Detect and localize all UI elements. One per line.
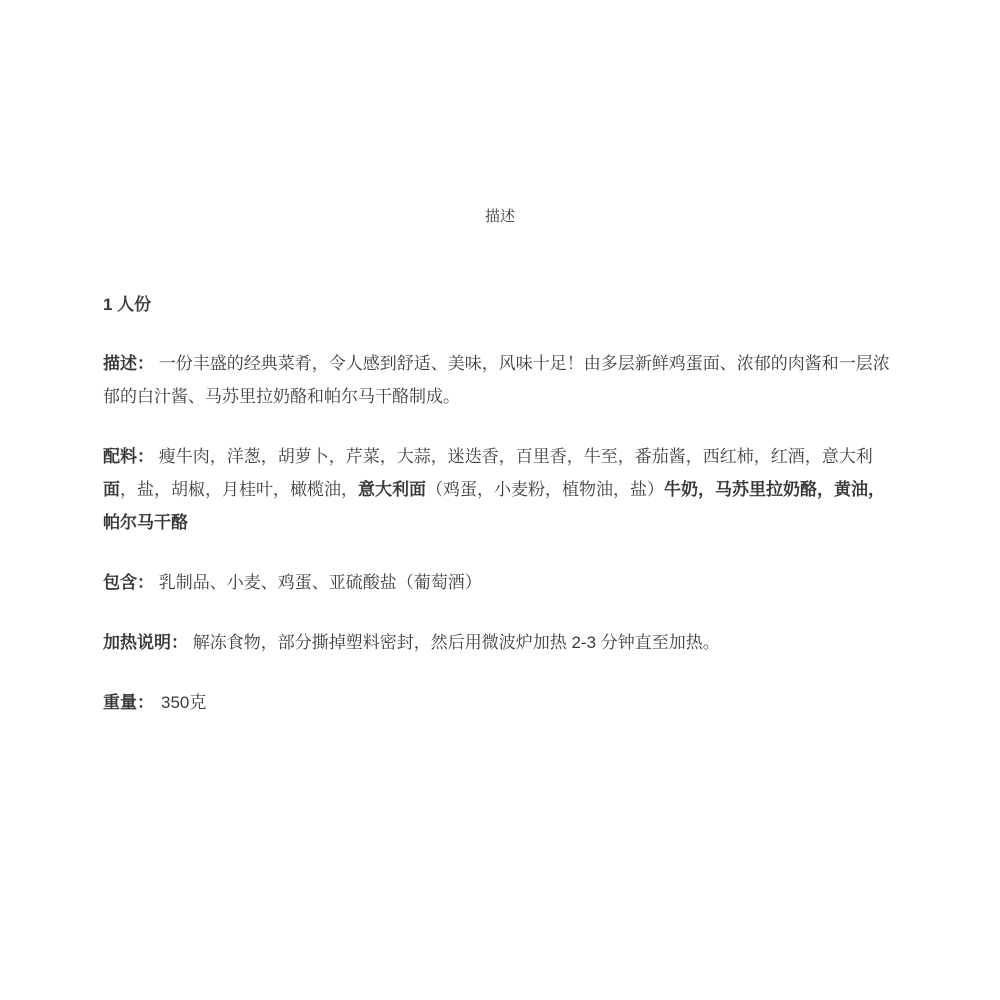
ingredients-text-part3: ，盐，胡椒，月桂叶，橄榄油， [120,480,358,499]
weight-label: 重量： [103,693,154,712]
contains-paragraph: 包含： 乳制品、小麦、鸡蛋、亚硫酸盐（葡萄酒） [103,566,900,599]
description-label: 描述： [103,354,154,373]
product-description-page: 描述 1 人份 描述： 一份丰盛的经典菜肴，令人感到舒适、美味，风味十足！由多层… [100,0,900,719]
description-text: 一份丰盛的经典菜肴，令人感到舒适、美味，风味十足！由多层新鲜鸡蛋面、浓郁的肉酱和… [103,354,890,406]
description-content: 1 人份 描述： 一份丰盛的经典菜肴，令人感到舒适、美味，风味十足！由多层新鲜鸡… [100,288,900,719]
description-paragraph: 描述： 一份丰盛的经典菜肴，令人感到舒适、美味，风味十足！由多层新鲜鸡蛋面、浓郁… [103,347,900,413]
weight-paragraph: 重量：350克 [103,686,900,719]
ingredients-paragraph: 配料： 瘦牛肉，洋葱，胡萝卜，芹菜，大蒜，迷迭香，百里香，牛至，番茄酱，西红柿，… [103,440,900,539]
heating-instructions-paragraph: 加热说明： 解冻食物，部分撕掉塑料密封，然后用微波炉加热 2-3 分钟直至加热。 [103,626,900,659]
contains-label: 包含： [103,573,154,592]
ingredients-text-part1: 瘦牛肉，洋葱，胡萝卜，芹菜，大蒜，迷迭香，百里香，牛至，番茄酱，西红柿，红酒，意… [159,447,873,466]
ingredients-text-part4-bold: 意大利面 [358,480,426,499]
page-title: 描述 [100,205,900,226]
ingredients-text-part2-bold: 面 [103,480,120,499]
heating-instructions-text: 解冻食物，部分撕掉塑料密封，然后用微波炉加热 2-3 分钟直至加热。 [193,633,720,652]
weight-value: 350克 [161,693,206,712]
heating-instructions-label: 加热说明： [103,633,188,652]
ingredients-label: 配料： [103,447,154,466]
contains-text: 乳制品、小麦、鸡蛋、亚硫酸盐（葡萄酒） [159,573,482,592]
ingredients-text-part5: （鸡蛋，小麦粉，植物油，盐） [426,480,664,499]
servings-text: 1 人份 [103,288,900,321]
